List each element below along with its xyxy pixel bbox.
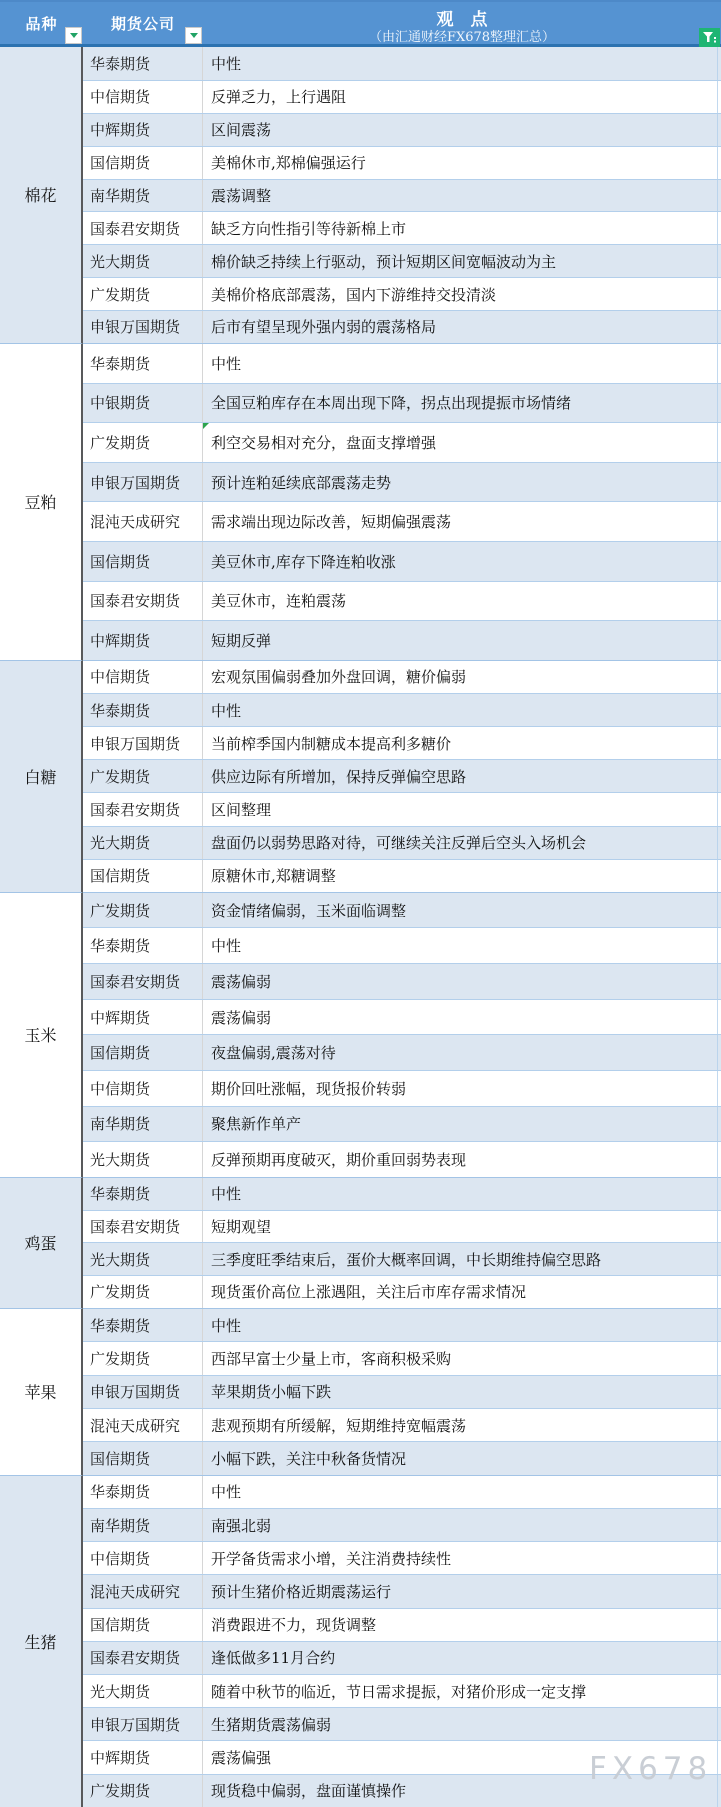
company-name: 广发期货 bbox=[90, 1780, 150, 1801]
table-row: 国信期货美棉休市,郑棉偏强运行 bbox=[83, 146, 721, 179]
company-name: 国信期货 bbox=[90, 551, 150, 572]
company-name: 华泰期货 bbox=[90, 1183, 150, 1204]
viewpoint-text: 美豆休市，连粕震荡 bbox=[211, 590, 346, 611]
viewpoint-text: 区间震荡 bbox=[211, 119, 271, 140]
company-name: 国泰君安期货 bbox=[90, 799, 180, 820]
viewpoint-text: 消费跟进不力，现货调整 bbox=[211, 1614, 376, 1635]
company-name: 国信期货 bbox=[90, 152, 150, 173]
viewpoint-cell[interactable]: 资金情绪偏弱，玉米面临调整 bbox=[203, 893, 721, 928]
company-name: 国信期货 bbox=[90, 1448, 150, 1469]
viewpoint-cell[interactable]: 震荡偏弱 bbox=[203, 1000, 721, 1035]
section-rows: 广发期货资金情绪偏弱，玉米面临调整华泰期货中性国泰君安期货震荡偏弱中辉期货震荡偏… bbox=[83, 892, 721, 1177]
viewpoint-cell[interactable]: 苹果期货小幅下跌 bbox=[203, 1376, 721, 1408]
viewpoint-text: 震荡调整 bbox=[211, 185, 271, 206]
viewpoint-cell[interactable]: 悲观预期有所缓解，短期维持宽幅震荡 bbox=[203, 1409, 721, 1441]
commodity-section: 白糖中信期货宏观氛围偏弱叠加外盘回调，糖价偏弱华泰期货中性申银万国期货当前榨季国… bbox=[0, 660, 721, 892]
table-row: 华泰期货中性 bbox=[83, 1308, 721, 1341]
company-cell[interactable]: 中辉期货 bbox=[83, 1000, 203, 1035]
table-row: 混沌天成研究需求端出现边际改善，短期偏强震荡 bbox=[83, 501, 721, 541]
company-cell[interactable]: 中信期货 bbox=[83, 1542, 203, 1574]
variety-label: 生猪 bbox=[24, 1630, 56, 1653]
viewpoint-text: 宏观氛围偏弱叠加外盘回调，糖价偏弱 bbox=[211, 666, 466, 687]
viewpoint-cell[interactable]: 盘面仍以弱势思路对待，可继续关注反弹后空头入场机会 bbox=[203, 827, 721, 859]
viewpoint-text: 中性 bbox=[211, 53, 241, 74]
viewpoint-text: 西部早富士少量上市，客商积极采购 bbox=[211, 1348, 451, 1369]
company-name: 南华期货 bbox=[90, 1113, 150, 1134]
company-cell[interactable]: 华泰期货 bbox=[83, 928, 203, 963]
company-name: 广发期货 bbox=[90, 766, 150, 787]
company-cell[interactable]: 国信期货 bbox=[83, 147, 203, 179]
viewpoint-cell[interactable]: 美棉休市,郑棉偏强运行 bbox=[203, 147, 721, 179]
table-row: 中信期货反弹乏力，上行遇阻 bbox=[83, 80, 721, 113]
viewpoint-cell[interactable]: 短期反弹 bbox=[203, 621, 721, 660]
table-row: 国泰君安期货缺乏方向性指引等待新棉上市 bbox=[83, 211, 721, 244]
viewpoint-text: 期价回吐涨幅，现货报价转弱 bbox=[211, 1078, 406, 1099]
company-cell[interactable]: 国泰君安期货 bbox=[83, 212, 203, 244]
company-cell[interactable]: 华泰期货 bbox=[83, 47, 203, 80]
company-name: 华泰期货 bbox=[90, 353, 150, 374]
company-name: 光大期货 bbox=[90, 1149, 150, 1170]
company-cell[interactable]: 光大期货 bbox=[83, 1675, 203, 1707]
viewpoint-text: 中性 bbox=[211, 1183, 241, 1204]
company-cell[interactable]: 光大期货 bbox=[83, 1142, 203, 1177]
viewpoint-text: 供应边际有所增加，保持反弹偏空思路 bbox=[211, 766, 466, 787]
table-row: 光大期货反弹预期再度破灭，期价重回弱势表现 bbox=[83, 1141, 721, 1177]
section-rows: 华泰期货中性中银期货全国豆粕库存在本周出现下降，拐点出现提振市场情绪广发期货利空… bbox=[83, 343, 721, 660]
company-cell[interactable]: 国泰君安期货 bbox=[83, 1211, 203, 1243]
viewpoint-text: 反弹乏力，上行遇阻 bbox=[211, 86, 346, 107]
viewpoint-cell[interactable]: 消费跟进不力，现货调整 bbox=[203, 1609, 721, 1641]
viewpoint-text: 生猪期货震荡偏弱 bbox=[211, 1714, 331, 1735]
company-name: 南华期货 bbox=[90, 1515, 150, 1536]
variety-cell[interactable]: 棉花 bbox=[0, 47, 83, 343]
company-cell[interactable]: 光大期货 bbox=[83, 245, 203, 277]
variety-filter-dropdown[interactable] bbox=[65, 27, 82, 44]
table-row: 国泰君安期货逢低做多11月合约 bbox=[83, 1641, 721, 1674]
company-name: 广发期货 bbox=[90, 284, 150, 305]
company-cell[interactable]: 中信期货 bbox=[83, 81, 203, 113]
table-row: 华泰期货中性 bbox=[83, 693, 721, 726]
variety-cell[interactable]: 玉米 bbox=[0, 892, 83, 1177]
header-cell-viewpoint[interactable]: 观 点 （由汇通财经FX678整理汇总） bbox=[203, 2, 721, 44]
company-cell[interactable]: 国泰君安期货 bbox=[83, 964, 203, 999]
viewpoint-cell[interactable]: 棉价缺乏持续上行驱动，预计短期区间宽幅波动为主 bbox=[203, 245, 721, 277]
viewpoint-text: 震荡偏弱 bbox=[211, 1007, 271, 1028]
commodity-section: 鸡蛋华泰期货中性国泰君安期货短期观望光大期货三季度旺季结束后，蛋价大概率回调，中… bbox=[0, 1177, 721, 1308]
table-row: 中银期货全国豆粕库存在本周出现下降，拐点出现提振市场情绪 bbox=[83, 383, 721, 423]
viewpoint-cell[interactable]: 预计生猪价格近期震荡运行 bbox=[203, 1575, 721, 1607]
company-cell[interactable]: 南华期货 bbox=[83, 1107, 203, 1142]
viewpoint-cell[interactable]: 中性 bbox=[203, 47, 721, 80]
viewpoint-cell[interactable]: 中性 bbox=[203, 694, 721, 726]
viewpoint-text: 美棉休市,郑棉偏强运行 bbox=[211, 152, 366, 173]
viewpoint-text: 中性 bbox=[211, 353, 241, 374]
viewpoint-cell[interactable]: 美豆休市,库存下降连粕收涨 bbox=[203, 542, 721, 581]
viewpoint-text: 中性 bbox=[211, 935, 241, 956]
company-cell[interactable]: 混沌天成研究 bbox=[83, 1575, 203, 1607]
company-cell[interactable]: 中辉期货 bbox=[83, 114, 203, 146]
table-row: 国泰君安期货震荡偏弱 bbox=[83, 963, 721, 999]
company-name: 广发期货 bbox=[90, 1281, 150, 1302]
company-filter-dropdown[interactable] bbox=[185, 27, 202, 44]
company-name: 中信期货 bbox=[90, 1548, 150, 1569]
variety-cell[interactable]: 鸡蛋 bbox=[0, 1177, 83, 1308]
variety-label: 豆粕 bbox=[24, 490, 56, 513]
company-cell[interactable]: 国信期货 bbox=[83, 1442, 203, 1474]
viewpoint-text: 利空交易相对充分，盘面支撑增强 bbox=[211, 432, 436, 453]
viewpoint-text: 短期反弹 bbox=[211, 630, 271, 651]
viewpoint-text: 缺乏方向性指引等待新棉上市 bbox=[211, 218, 406, 239]
section-rows: 华泰期货中性中信期货反弹乏力，上行遇阻中辉期货区间震荡国信期货美棉休市,郑棉偏强… bbox=[83, 47, 721, 343]
table-row: 广发期货供应边际有所增加，保持反弹偏空思路 bbox=[83, 759, 721, 792]
viewpoint-cell[interactable]: 中性 bbox=[203, 1476, 721, 1508]
table-row: 光大期货随着中秋节的临近，节日需求提振，对猪价形成一定支撑 bbox=[83, 1674, 721, 1707]
table-row: 华泰期货中性 bbox=[83, 343, 721, 383]
viewpoint-cell[interactable]: 后市有望呈现外强内弱的震荡格局 bbox=[203, 311, 721, 343]
viewpoint-text: 资金情绪偏弱，玉米面临调整 bbox=[211, 900, 406, 921]
table-row: 广发期货资金情绪偏弱，玉米面临调整 bbox=[83, 892, 721, 928]
company-cell[interactable]: 中银期货 bbox=[83, 384, 203, 423]
table-row: 南华期货震荡调整 bbox=[83, 179, 721, 212]
viewpoint-text: 盘面仍以弱势思路对待，可继续关注反弹后空头入场机会 bbox=[211, 832, 586, 853]
viewpoint-text: 预计生猪价格近期震荡运行 bbox=[211, 1581, 391, 1602]
viewpoint-text: 需求端出现边际改善，短期偏强震荡 bbox=[211, 511, 451, 532]
variety-label: 玉米 bbox=[24, 1023, 56, 1046]
company-cell[interactable]: 华泰期货 bbox=[83, 1476, 203, 1508]
company-name: 申银万国期货 bbox=[90, 472, 180, 493]
viewpoint-column-subtitle: （由汇通财经FX678整理汇总） bbox=[203, 26, 721, 45]
viewpoint-text: 美棉价格底部震荡，国内下游维持交投清淡 bbox=[211, 284, 496, 305]
chevron-down-icon bbox=[190, 33, 198, 38]
company-name: 中信期货 bbox=[90, 1078, 150, 1099]
variety-cell[interactable]: 豆粕 bbox=[0, 343, 83, 660]
table-row: 广发期货美棉价格底部震荡，国内下游维持交投清淡 bbox=[83, 277, 721, 310]
company-name: 国泰君安期货 bbox=[90, 1216, 180, 1237]
table-row: 混沌天成研究悲观预期有所缓解，短期维持宽幅震荡 bbox=[83, 1408, 721, 1441]
variety-label: 鸡蛋 bbox=[24, 1231, 56, 1254]
section-rows: 华泰期货中性国泰君安期货短期观望光大期货三季度旺季结束后，蛋价大概率回调，中长期… bbox=[83, 1177, 721, 1308]
filter-funnel-icon[interactable] bbox=[699, 28, 720, 47]
table-row: 申银万国期货当前榨季国内制糖成本提高利多糖价 bbox=[83, 726, 721, 759]
company-name: 广发期货 bbox=[90, 900, 150, 921]
table-row: 申银万国期货后市有望呈现外强内弱的震荡格局 bbox=[83, 310, 721, 343]
table-row: 混沌天成研究预计生猪价格近期震荡运行 bbox=[83, 1574, 721, 1607]
table-row: 国信期货美豆休市,库存下降连粕收涨 bbox=[83, 541, 721, 581]
company-name: 申银万国期货 bbox=[90, 316, 180, 337]
company-name: 光大期货 bbox=[90, 1249, 150, 1270]
table-row: 国信期货夜盘偏弱,震荡对待 bbox=[83, 1034, 721, 1070]
grid-line bbox=[717, 47, 718, 1807]
company-cell[interactable]: 国泰君安期货 bbox=[83, 582, 203, 621]
company-name: 华泰期货 bbox=[90, 1481, 150, 1502]
table-row: 华泰期货中性 bbox=[83, 1475, 721, 1508]
viewpoint-text: 当前榨季国内制糖成本提高利多糖价 bbox=[211, 733, 451, 754]
table-row: 申银万国期货预计连粕延续底部震荡走势 bbox=[83, 462, 721, 502]
viewpoint-cell[interactable]: 震荡调整 bbox=[203, 180, 721, 212]
viewpoint-cell[interactable]: 需求端出现边际改善，短期偏强震荡 bbox=[203, 502, 721, 541]
company-cell[interactable]: 广发期货 bbox=[83, 423, 203, 462]
variety-cell[interactable]: 白糖 bbox=[0, 660, 83, 892]
viewpoint-cell[interactable]: 原糖休市,郑糖调整 bbox=[203, 860, 721, 892]
viewpoint-text: 现货蛋价高位上涨遇阻，关注后市库存需求情况 bbox=[211, 1281, 526, 1302]
viewpoint-text: 随着中秋节的临近，节日需求提振，对猪价形成一定支撑 bbox=[211, 1681, 586, 1702]
viewpoint-text: 中性 bbox=[211, 1481, 241, 1502]
company-name: 光大期货 bbox=[90, 251, 150, 272]
viewpoint-cell[interactable]: 缺乏方向性指引等待新棉上市 bbox=[203, 212, 721, 244]
company-name: 华泰期货 bbox=[90, 700, 150, 721]
company-cell[interactable]: 光大期货 bbox=[83, 1243, 203, 1275]
table-row: 申银万国期货生猪期货震荡偏弱 bbox=[83, 1707, 721, 1740]
chevron-down-icon bbox=[70, 33, 78, 38]
company-name: 混沌天成研究 bbox=[90, 1415, 180, 1436]
table-row: 南华期货聚焦新作单产 bbox=[83, 1106, 721, 1142]
company-cell[interactable]: 混沌天成研究 bbox=[83, 1409, 203, 1441]
table-row: 申银万国期货苹果期货小幅下跌 bbox=[83, 1375, 721, 1408]
viewpoint-text: 预计连粕延续底部震荡走势 bbox=[211, 472, 391, 493]
table-row: 广发期货利空交易相对充分，盘面支撑增强 bbox=[83, 422, 721, 462]
company-cell[interactable]: 国信期货 bbox=[83, 542, 203, 581]
table-row: 中辉期货区间震荡 bbox=[83, 113, 721, 146]
company-cell[interactable]: 申银万国期货 bbox=[83, 1708, 203, 1740]
table-row: 南华期货南强北弱 bbox=[83, 1508, 721, 1541]
company-cell[interactable]: 申银万国期货 bbox=[83, 463, 203, 502]
viewpoint-text: 聚焦新作单产 bbox=[211, 1113, 301, 1134]
watermark: FX678 bbox=[589, 1751, 712, 1787]
company-name: 广发期货 bbox=[90, 1348, 150, 1369]
company-name: 国泰君安期货 bbox=[90, 218, 180, 239]
table-row: 中辉期货短期反弹 bbox=[83, 620, 721, 660]
variety-cell[interactable]: 生猪 bbox=[0, 1475, 83, 1807]
table-header: 品种 期货公司 观 点 （由汇通财经FX678整理汇总） bbox=[0, 0, 721, 47]
viewpoint-text: 开学备货需求小增，关注消费持续性 bbox=[211, 1548, 451, 1569]
viewpoint-cell[interactable]: 中性 bbox=[203, 344, 721, 383]
table-row: 广发期货西部早富士少量上市，客商积极采购 bbox=[83, 1341, 721, 1374]
viewpoint-text: 全国豆粕库存在本周出现下降，拐点出现提振市场情绪 bbox=[211, 392, 571, 413]
company-name: 华泰期货 bbox=[90, 935, 150, 956]
table-row: 国信期货消费跟进不力，现货调整 bbox=[83, 1608, 721, 1641]
viewpoint-text: 短期观望 bbox=[211, 1216, 271, 1237]
company-name: 国泰君安期货 bbox=[90, 590, 180, 611]
variety-cell[interactable]: 苹果 bbox=[0, 1308, 83, 1475]
table-row: 华泰期货中性 bbox=[83, 47, 721, 80]
viewpoint-text: 小幅下跌，关注中秋备货情况 bbox=[211, 1448, 406, 1469]
table-row: 华泰期货中性 bbox=[83, 1177, 721, 1210]
viewpoint-cell[interactable]: 美棉价格底部震荡，国内下游维持交投清淡 bbox=[203, 278, 721, 310]
table-row: 国信期货原糖休市,郑糖调整 bbox=[83, 859, 721, 892]
company-name: 中信期货 bbox=[90, 666, 150, 687]
company-cell[interactable]: 南华期货 bbox=[83, 180, 203, 212]
viewpoint-text: 区间整理 bbox=[211, 799, 271, 820]
viewpoint-cell[interactable]: 西部早富士少量上市，客商积极采购 bbox=[203, 1342, 721, 1374]
company-cell[interactable]: 光大期货 bbox=[83, 827, 203, 859]
viewpoint-text: 三季度旺季结束后，蛋价大概率回调，中长期维持偏空思路 bbox=[211, 1249, 601, 1270]
viewpoint-text: 震荡偏强 bbox=[211, 1747, 271, 1768]
futures-opinion-spreadsheet: 品种 期货公司 观 点 （由汇通财经FX678整理汇总） 棉花华泰期货中性中信期… bbox=[0, 0, 721, 1807]
viewpoint-cell[interactable]: 中性 bbox=[203, 1178, 721, 1210]
company-cell[interactable]: 中辉期货 bbox=[83, 1741, 203, 1773]
viewpoint-text: 夜盘偏弱,震荡对待 bbox=[211, 1042, 336, 1063]
comment-marker-icon bbox=[203, 423, 209, 429]
viewpoint-cell[interactable]: 逢低做多11月合约 bbox=[203, 1642, 721, 1674]
viewpoint-cell[interactable]: 南强北弱 bbox=[203, 1509, 721, 1541]
viewpoint-cell[interactable]: 聚焦新作单产 bbox=[203, 1107, 721, 1142]
company-cell[interactable]: 华泰期货 bbox=[83, 1309, 203, 1341]
funnel-glyph bbox=[702, 30, 717, 45]
company-name: 光大期货 bbox=[90, 832, 150, 853]
viewpoint-text: 南强北弱 bbox=[211, 1515, 271, 1536]
company-name: 南华期货 bbox=[90, 185, 150, 206]
company-name: 国信期货 bbox=[90, 1042, 150, 1063]
company-cell[interactable]: 广发期货 bbox=[83, 1342, 203, 1374]
company-name: 国泰君安期货 bbox=[90, 971, 180, 992]
viewpoint-text: 美豆休市,库存下降连粕收涨 bbox=[211, 551, 396, 572]
viewpoint-cell[interactable]: 开学备货需求小增，关注消费持续性 bbox=[203, 1542, 721, 1574]
company-name: 中辉期货 bbox=[90, 1747, 150, 1768]
company-cell[interactable]: 中信期货 bbox=[83, 1071, 203, 1106]
company-cell[interactable]: 广发期货 bbox=[83, 278, 203, 310]
table-row: 国信期货小幅下跌，关注中秋备货情况 bbox=[83, 1441, 721, 1474]
company-name: 国信期货 bbox=[90, 1614, 150, 1635]
viewpoint-text: 中性 bbox=[211, 1315, 241, 1336]
viewpoint-cell[interactable]: 中性 bbox=[203, 1309, 721, 1341]
commodity-section: 玉米广发期货资金情绪偏弱，玉米面临调整华泰期货中性国泰君安期货震荡偏弱中辉期货震… bbox=[0, 892, 721, 1177]
company-name: 华泰期货 bbox=[90, 1315, 150, 1336]
company-cell[interactable]: 中辉期货 bbox=[83, 621, 203, 660]
table-body: 棉花华泰期货中性中信期货反弹乏力，上行遇阻中辉期货区间震荡国信期货美棉休市,郑棉… bbox=[0, 47, 721, 1807]
company-cell[interactable]: 广发期货 bbox=[83, 1276, 203, 1308]
company-cell[interactable]: 申银万国期货 bbox=[83, 727, 203, 759]
viewpoint-text: 中性 bbox=[211, 700, 241, 721]
viewpoint-text: 反弹预期再度破灭，期价重回弱势表现 bbox=[211, 1149, 466, 1170]
viewpoint-cell[interactable]: 短期观望 bbox=[203, 1211, 721, 1243]
viewpoint-text: 逢低做多11月合约 bbox=[211, 1647, 335, 1668]
company-cell[interactable]: 国泰君安期货 bbox=[83, 793, 203, 825]
company-cell[interactable]: 国泰君安期货 bbox=[83, 1642, 203, 1674]
viewpoint-text: 后市有望呈现外强内弱的震荡格局 bbox=[211, 316, 436, 337]
company-name: 混沌天成研究 bbox=[90, 1581, 180, 1602]
viewpoint-cell[interactable]: 反弹预期再度破灭，期价重回弱势表现 bbox=[203, 1142, 721, 1177]
table-row: 国泰君安期货区间整理 bbox=[83, 792, 721, 825]
commodity-section: 豆粕华泰期货中性中银期货全国豆粕库存在本周出现下降，拐点出现提振市场情绪广发期货… bbox=[0, 343, 721, 660]
company-cell[interactable]: 广发期货 bbox=[83, 893, 203, 928]
viewpoint-cell[interactable]: 美豆休市，连粕震荡 bbox=[203, 582, 721, 621]
viewpoint-cell[interactable]: 夜盘偏弱,震荡对待 bbox=[203, 1035, 721, 1070]
company-name: 混沌天成研究 bbox=[90, 511, 180, 532]
table-row: 中辉期货震荡偏弱 bbox=[83, 999, 721, 1035]
company-name: 中辉期货 bbox=[90, 1007, 150, 1028]
variety-label: 苹果 bbox=[24, 1380, 56, 1403]
company-cell[interactable]: 国信期货 bbox=[83, 1609, 203, 1641]
viewpoint-cell[interactable]: 当前榨季国内制糖成本提高利多糖价 bbox=[203, 727, 721, 759]
company-cell[interactable]: 广发期货 bbox=[83, 1775, 203, 1807]
table-row: 广发期货现货蛋价高位上涨遇阻，关注后市库存需求情况 bbox=[83, 1275, 721, 1308]
viewpoint-cell[interactable]: 预计连粕延续底部震荡走势 bbox=[203, 463, 721, 502]
table-row: 国泰君安期货短期观望 bbox=[83, 1210, 721, 1243]
table-row: 光大期货盘面仍以弱势思路对待，可继续关注反弹后空头入场机会 bbox=[83, 826, 721, 859]
company-name: 中银期货 bbox=[90, 392, 150, 413]
company-cell[interactable]: 华泰期货 bbox=[83, 694, 203, 726]
viewpoint-cell[interactable]: 中性 bbox=[203, 928, 721, 963]
viewpoint-cell[interactable]: 全国豆粕库存在本周出现下降，拐点出现提振市场情绪 bbox=[203, 384, 721, 423]
company-name: 光大期货 bbox=[90, 1681, 150, 1702]
section-rows: 华泰期货中性广发期货西部早富士少量上市，客商积极采购申银万国期货苹果期货小幅下跌… bbox=[83, 1308, 721, 1475]
company-name: 国信期货 bbox=[90, 865, 150, 886]
company-cell[interactable]: 中信期货 bbox=[83, 661, 203, 693]
viewpoint-cell[interactable]: 震荡偏弱 bbox=[203, 964, 721, 999]
company-name: 申银万国期货 bbox=[90, 1714, 180, 1735]
viewpoint-cell[interactable]: 随着中秋节的临近，节日需求提振，对猪价形成一定支撑 bbox=[203, 1675, 721, 1707]
viewpoint-cell[interactable]: 反弹乏力，上行遇阻 bbox=[203, 81, 721, 113]
company-name: 中信期货 bbox=[90, 86, 150, 107]
company-name: 华泰期货 bbox=[90, 53, 150, 74]
company-name: 申银万国期货 bbox=[90, 733, 180, 754]
table-row: 华泰期货中性 bbox=[83, 927, 721, 963]
viewpoint-cell[interactable]: 利空交易相对充分，盘面支撑增强 bbox=[203, 423, 721, 462]
company-cell[interactable]: 南华期货 bbox=[83, 1509, 203, 1541]
company-name: 申银万国期货 bbox=[90, 1381, 180, 1402]
variety-label: 棉花 bbox=[24, 183, 56, 206]
commodity-section: 苹果华泰期货中性广发期货西部早富士少量上市，客商积极采购申银万国期货苹果期货小幅… bbox=[0, 1308, 721, 1475]
company-name: 中辉期货 bbox=[90, 119, 150, 140]
company-cell[interactable]: 广发期货 bbox=[83, 760, 203, 792]
viewpoint-text: 苹果期货小幅下跌 bbox=[211, 1381, 331, 1402]
company-name: 国泰君安期货 bbox=[90, 1647, 180, 1668]
table-row: 光大期货棉价缺乏持续上行驱动，预计短期区间宽幅波动为主 bbox=[83, 244, 721, 277]
company-name: 广发期货 bbox=[90, 432, 150, 453]
table-row: 国泰君安期货美豆休市，连粕震荡 bbox=[83, 581, 721, 621]
company-cell[interactable]: 华泰期货 bbox=[83, 1178, 203, 1210]
company-name: 中辉期货 bbox=[90, 630, 150, 651]
viewpoint-cell[interactable]: 小幅下跌，关注中秋备货情况 bbox=[203, 1442, 721, 1474]
company-cell[interactable]: 华泰期货 bbox=[83, 344, 203, 383]
viewpoint-text: 现货稳中偏弱，盘面谨慎操作 bbox=[211, 1780, 406, 1801]
table-row: 光大期货三季度旺季结束后，蛋价大概率回调，中长期维持偏空思路 bbox=[83, 1242, 721, 1275]
viewpoint-cell[interactable]: 生猪期货震荡偏弱 bbox=[203, 1708, 721, 1740]
company-cell[interactable]: 申银万国期货 bbox=[83, 311, 203, 343]
company-cell[interactable]: 国信期货 bbox=[83, 1035, 203, 1070]
viewpoint-cell[interactable]: 现货蛋价高位上涨遇阻，关注后市库存需求情况 bbox=[203, 1276, 721, 1308]
viewpoint-text: 棉价缺乏持续上行驱动，预计短期区间宽幅波动为主 bbox=[211, 251, 556, 272]
viewpoint-text: 原糖休市,郑糖调整 bbox=[211, 865, 336, 886]
company-cell[interactable]: 申银万国期货 bbox=[83, 1376, 203, 1408]
section-rows: 中信期货宏观氛围偏弱叠加外盘回调，糖价偏弱华泰期货中性申银万国期货当前榨季国内制… bbox=[83, 660, 721, 892]
viewpoint-cell[interactable]: 区间震荡 bbox=[203, 114, 721, 146]
table-row: 中信期货期价回吐涨幅，现货报价转弱 bbox=[83, 1070, 721, 1106]
table-row: 中信期货开学备货需求小增，关注消费持续性 bbox=[83, 1541, 721, 1574]
viewpoint-text: 悲观预期有所缓解，短期维持宽幅震荡 bbox=[211, 1415, 466, 1436]
viewpoint-text: 震荡偏弱 bbox=[211, 971, 271, 992]
viewpoint-cell[interactable]: 三季度旺季结束后，蛋价大概率回调，中长期维持偏空思路 bbox=[203, 1243, 721, 1275]
company-cell[interactable]: 国信期货 bbox=[83, 860, 203, 892]
viewpoint-cell[interactable]: 宏观氛围偏弱叠加外盘回调，糖价偏弱 bbox=[203, 661, 721, 693]
commodity-section: 棉花华泰期货中性中信期货反弹乏力，上行遇阻中辉期货区间震荡国信期货美棉休市,郑棉… bbox=[0, 47, 721, 343]
variety-label: 白糖 bbox=[24, 765, 56, 788]
viewpoint-cell[interactable]: 供应边际有所增加，保持反弹偏空思路 bbox=[203, 760, 721, 792]
viewpoint-cell[interactable]: 区间整理 bbox=[203, 793, 721, 825]
viewpoint-cell[interactable]: 期价回吐涨幅，现货报价转弱 bbox=[203, 1071, 721, 1106]
company-cell[interactable]: 混沌天成研究 bbox=[83, 502, 203, 541]
table-row: 中信期货宏观氛围偏弱叠加外盘回调，糖价偏弱 bbox=[83, 660, 721, 693]
